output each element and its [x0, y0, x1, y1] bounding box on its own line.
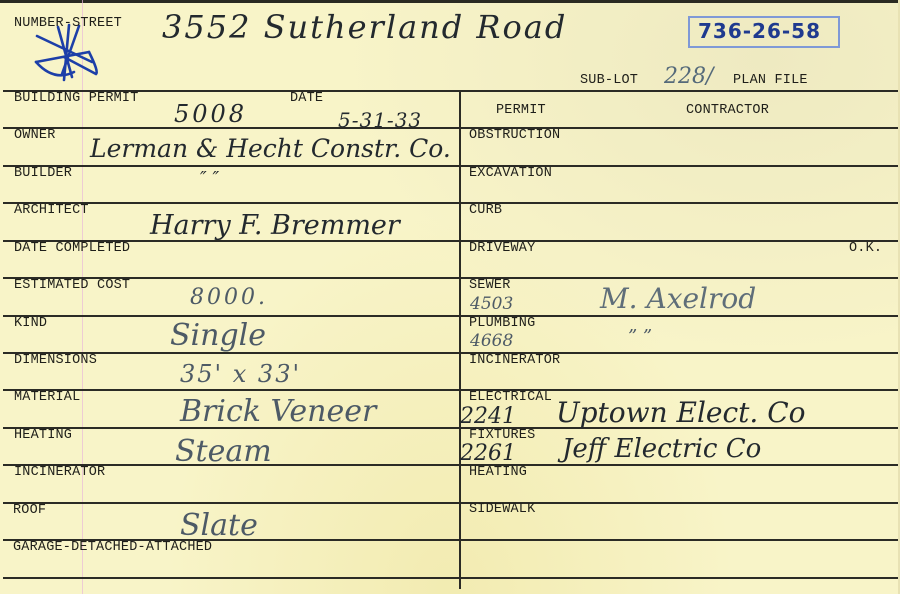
material-value: Brick Veneer [180, 394, 376, 429]
estimated-cost-label: ESTIMATED COST [14, 278, 130, 294]
rule [3, 165, 898, 167]
contractor-column-header: CONTRACTOR [686, 103, 769, 119]
sidewalk-label: SIDEWALK [469, 502, 535, 518]
plumbing-contractor: ” ” [628, 326, 652, 347]
electrical-permit-number: 2241 [460, 404, 516, 429]
incinerator-permit-label: INCINERATOR [469, 353, 560, 369]
plan-file-label: PLAN FILE [733, 73, 808, 89]
material-label: MATERIAL [14, 390, 80, 406]
dimensions-value: 35' x 33' [180, 360, 301, 388]
rule [3, 277, 898, 279]
rule [3, 389, 898, 391]
estimated-cost-value: 8000. [190, 285, 268, 310]
building-permit-label: BUILDING PERMIT [14, 91, 139, 107]
architect-value: Harry F. Bremmer [150, 210, 400, 241]
obstruction-label: OBSTRUCTION [469, 128, 560, 144]
rule [3, 352, 898, 354]
file-number-value: 736-26-58 [698, 19, 821, 43]
owner-label: OWNER [14, 128, 56, 144]
card-top-edge [0, 0, 900, 3]
roof-value: Slate [180, 508, 258, 543]
architect-label: ARCHITECT [14, 203, 89, 219]
sewer-label: SEWER [469, 278, 511, 294]
curb-label: CURB [469, 203, 502, 219]
fixtures-contractor: Jeff Electric Co [562, 434, 761, 464]
driveway-label: DRIVEWAY [469, 241, 535, 257]
builder-label: BUILDER [14, 166, 72, 182]
number-street-label: NUMBER-STREET [14, 16, 122, 32]
excavation-label: EXCAVATION [469, 166, 552, 182]
heating-label: HEATING [14, 428, 72, 444]
permit-card: NUMBER-STREET 3552 Sutherland Road 736-2… [0, 0, 900, 594]
permit-column-header: PERMIT [496, 103, 546, 119]
sewer-contractor: M. Axelrod [600, 282, 756, 315]
rule [3, 240, 898, 242]
builder-value: ″ ″ [200, 168, 219, 189]
roof-label: ROOF [13, 503, 46, 519]
sub-lot-label: SUB-LOT [580, 73, 638, 89]
rule [3, 202, 898, 204]
heating-value: Steam [175, 434, 272, 469]
electrical-label: ELECTRICAL [469, 390, 552, 406]
plumbing-permit-number: 4668 [470, 331, 513, 351]
owner-value: Lerman & Hecht Constr. Co. [90, 134, 451, 163]
kind-value: Single [170, 318, 266, 353]
kind-label: KIND [14, 316, 47, 332]
incinerator-label: INCINERATOR [14, 465, 105, 481]
rule [3, 502, 898, 504]
column-divider [459, 91, 461, 589]
rule [3, 577, 898, 579]
rule [3, 127, 898, 129]
date-completed-label: DATE COMPLETED [14, 241, 130, 257]
plumbing-label: PLUMBING [469, 316, 535, 332]
electrical-contractor: Uptown Elect. Co [556, 396, 806, 429]
driveway-note: O.K. [849, 241, 882, 257]
fixtures-permit-number: 2261 [460, 441, 516, 466]
building-permit-value: 5008 [174, 100, 247, 128]
heating-permit-label: HEATING [469, 465, 527, 481]
address-value: 3552 Sutherland Road [162, 8, 567, 46]
sewer-permit-number: 4503 [470, 294, 513, 314]
date-label: DATE [290, 91, 323, 107]
dimensions-label: DIMENSIONS [14, 353, 97, 369]
rule [3, 464, 898, 466]
date-value: 5-31-33 [338, 108, 422, 132]
sub-lot-value: 228/ [664, 64, 713, 89]
rule [3, 315, 898, 317]
